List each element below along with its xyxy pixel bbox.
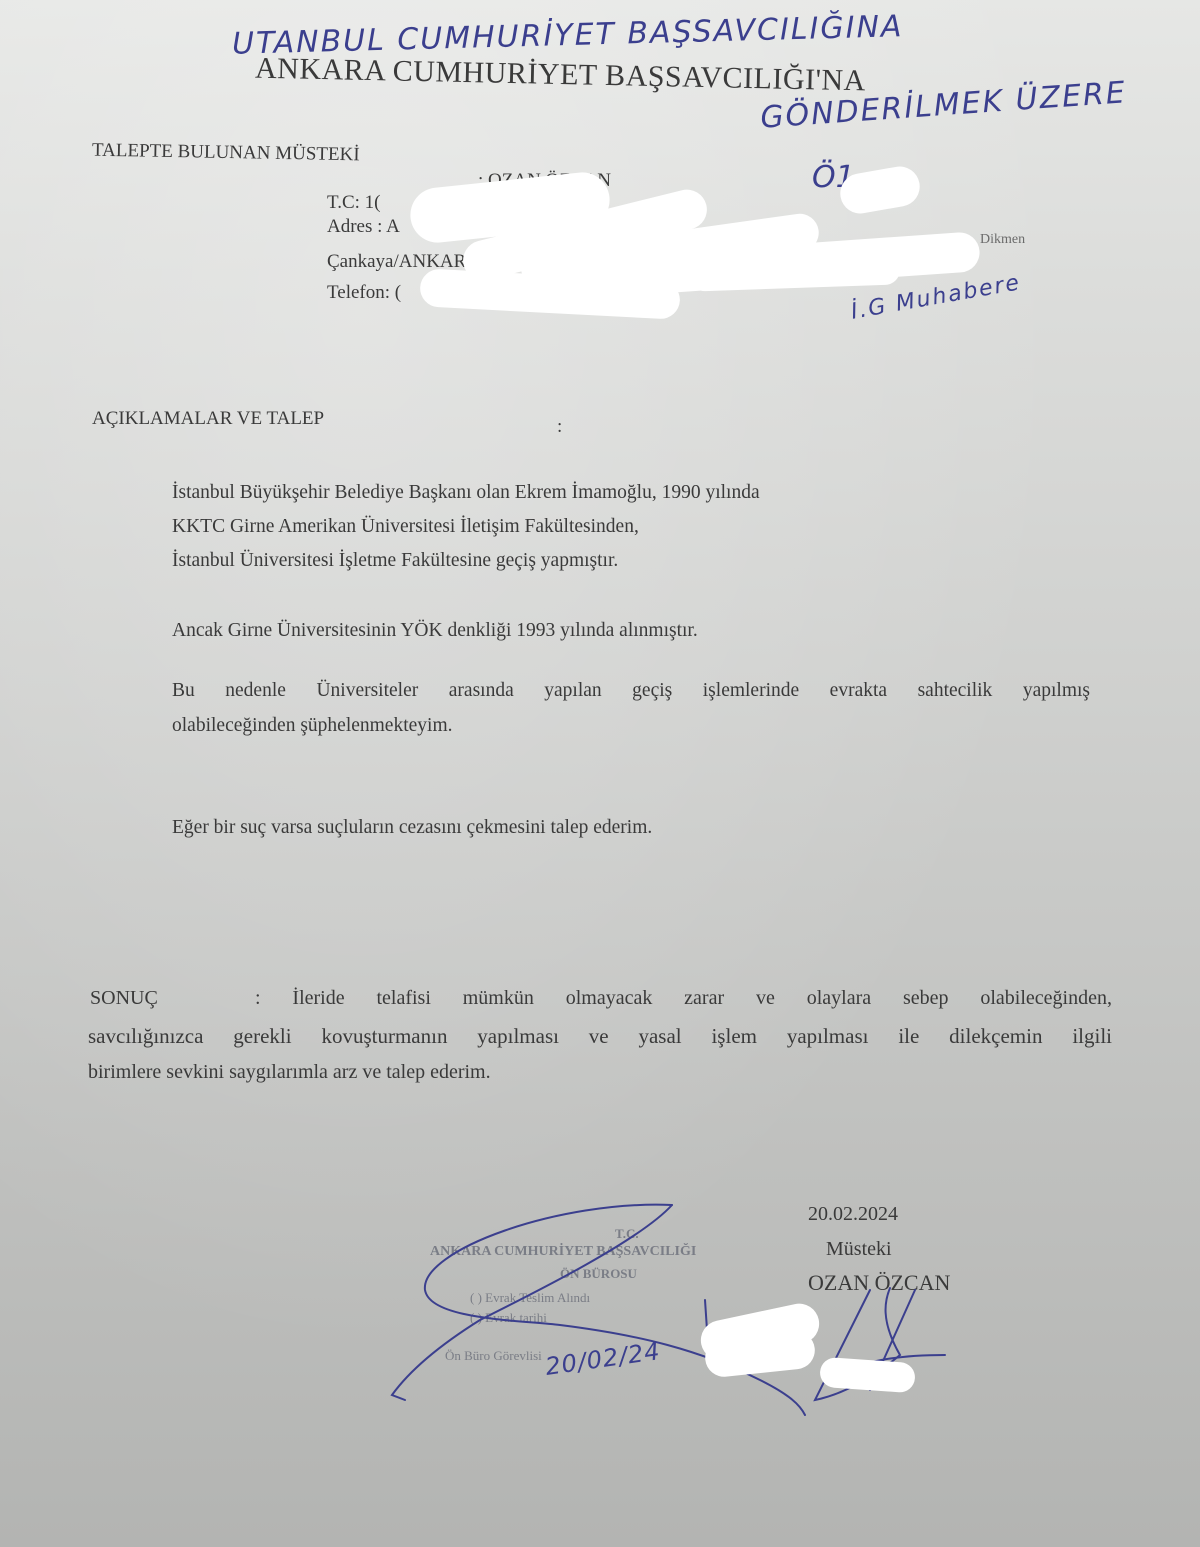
stamp-line-date: ( ) Evrak tarihi — [470, 1310, 547, 1326]
redaction-mark — [819, 1357, 916, 1394]
section-title-colon: : — [557, 416, 562, 438]
document-date: 20.02.2024 — [808, 1203, 898, 1226]
result-line-2: savcılığınızca gerekli kovuşturmanın yap… — [88, 1024, 1112, 1049]
paragraph-3-line-2: olabileceğinden şüphelenmekteyim. — [172, 715, 453, 737]
stamp-line-tc: T.C. — [615, 1226, 639, 1242]
paragraph-1-line-3: İstanbul Üniversitesi İşletme Fakültesin… — [172, 550, 618, 572]
signer-name: OZAN ÖZCAN — [808, 1270, 950, 1296]
result-label: SONUÇ — [90, 987, 158, 1010]
address-district: Dikmen — [980, 232, 1025, 248]
addressee-heading: ANKARA CUMHURİYET BAŞSAVCILIĞI'NA — [255, 52, 866, 99]
paragraph-1-line-2: KKTC Girne Amerikan Üniversitesi İletişi… — [172, 516, 639, 538]
stamp-line-received: ( ) Evrak Teslim Alındı — [470, 1290, 590, 1306]
redaction-mark — [690, 254, 901, 291]
result-line-3: birimlere sevkini saygılarımla arz ve ta… — [88, 1061, 491, 1084]
result-line-1: : İleride telafisi mümkün olmayacak zara… — [255, 987, 1112, 1010]
tc-number-label: T.C: 1( — [327, 192, 380, 214]
stamp-line-officer: Ön Büro Görevlisi — [445, 1348, 542, 1364]
section-title: AÇIKLAMALAR VE TALEP — [92, 408, 324, 430]
complainant-label: TALEPTE BULUNAN MÜSTEKİ — [92, 140, 360, 167]
stamp-line-office: ÖN BÜROSU — [560, 1266, 637, 1282]
stamp-handwritten-date: 20/02/24 — [544, 1337, 663, 1381]
paragraph-2: Ancak Girne Üniversitesinin YÖK denkliği… — [172, 620, 698, 642]
address-label: Adres : A — [327, 216, 400, 238]
phone-label: Telefon: ( — [327, 282, 401, 304]
paragraph-1-line-1: İstanbul Büyükşehir Belediye Başkanı ola… — [172, 482, 760, 504]
paragraph-4: Eğer bir suç varsa suçluların cezasını ç… — [172, 817, 652, 839]
paragraph-3-line-1: Bu nedenle Üniversiteler arasında yapıla… — [172, 680, 1090, 702]
stamp-line-institution: ANKARA CUMHURİYET BAŞSAVCILIĞI — [430, 1244, 696, 1260]
signer-role: Müsteki — [826, 1238, 892, 1261]
